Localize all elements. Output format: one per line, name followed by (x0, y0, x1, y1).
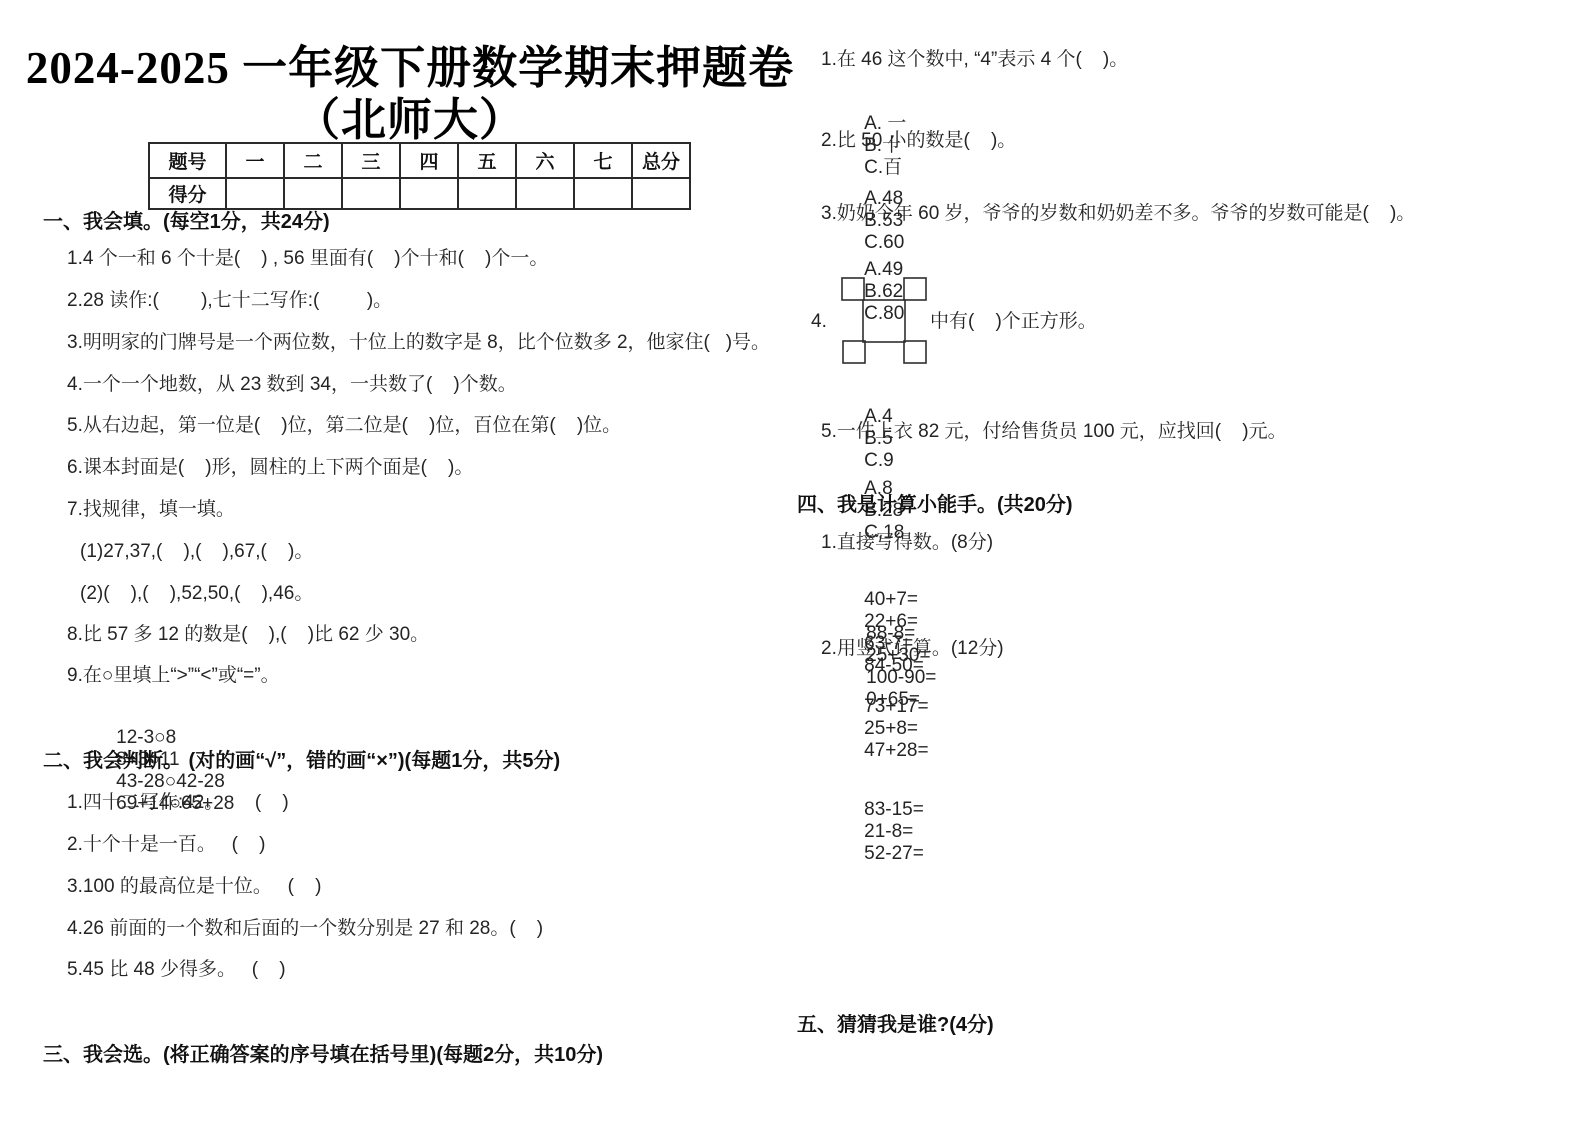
squares-figure (840, 276, 928, 371)
section3-q4-caption: 中有( )个正方形。 (930, 311, 1097, 333)
section2-q3: 3.100 的最高位是十位。 ( ) (67, 876, 321, 898)
score-header-cell: 四 (400, 143, 458, 178)
score-cell (458, 178, 516, 209)
score-table: 题号 一 二 三 四 五 六 七 总分 得分 (148, 142, 691, 210)
section2-q4: 4.26 前面的一个数和后面的一个数分别是 27 和 28。( ) (67, 918, 543, 940)
calc-item: 73+17= (864, 696, 1006, 718)
score-header-cell: 二 (284, 143, 342, 178)
score-cell (226, 178, 284, 209)
score-header-cell: 六 (516, 143, 574, 178)
calc-item: 52-27= (864, 843, 1006, 865)
score-header-cell: 三 (342, 143, 400, 178)
section1-q6: 6.课本封面是( )形，圆柱的上下两个面是( )。 (67, 457, 473, 479)
section4-heading: 四、我是计算小能手。(共20分) (797, 494, 1073, 516)
section2-q2: 2.十个十是一百。 ( ) (67, 834, 265, 856)
score-header-corner: 题号 (149, 143, 226, 178)
score-header-cell: 一 (226, 143, 284, 178)
score-table-score-row: 得分 (149, 178, 690, 209)
section4-vertical-row1: 73+17= 25+8= 47+28= (843, 674, 1006, 784)
section4-q2: 2.用竖式计算。(12分) (821, 638, 1004, 660)
calc-item: 47+28= (864, 740, 1006, 762)
section2-q5: 5.45 比 48 少得多。 ( ) (67, 959, 286, 981)
calc-item: 83-15= (864, 799, 1006, 821)
score-header-cell: 五 (458, 143, 516, 178)
big-square-with-four-corner-squares (840, 276, 928, 366)
score-cell (632, 178, 690, 209)
score-row-label: 得分 (149, 178, 226, 209)
score-cell (400, 178, 458, 209)
section1-q7-sub1: (1)27,37,( ),( ),67,( )。 (80, 541, 313, 563)
calc-item: 25+8= (864, 718, 1006, 740)
score-cell (516, 178, 574, 209)
page-title: 2024-2025 一年级下册数学期末押题卷 （北师大） (0, 42, 820, 146)
comparison-item: 43-28○42-28 (116, 771, 225, 793)
score-header-cell: 总分 (632, 143, 690, 178)
section3-q3: 3.奶奶今年 60 岁，爷爷的岁数和奶奶差不多。爷爷的岁数可能是( )。 (821, 203, 1415, 225)
section4-q1: 1.直接写得数。(8分) (821, 532, 993, 554)
page-title-line2: （北师大） (0, 94, 820, 146)
section3-q5: 5.一件上衣 82 元，付给售货员 100 元，应找回( )元。 (821, 421, 1287, 443)
section1-q7-sub2: (2)( ),( ),52,50,( ),46。 (80, 583, 313, 605)
score-header-cell: 七 (574, 143, 632, 178)
section3-heading: 三、我会选。(将正确答案的序号填在括号里)(每题2分，共10分) (43, 1044, 603, 1066)
section1-q9: 9.在○里填上“>”“<”或“=”。 (67, 665, 280, 687)
score-cell (284, 178, 342, 209)
section5-heading: 五、猜猜我是谁?(4分) (797, 1014, 994, 1036)
section2-heading: 二、我会判断。 (对的画“√”，错的画“×”)(每题1分，共5分) (43, 750, 560, 772)
score-table-header-row: 题号 一 二 三 四 五 六 七 总分 (149, 143, 690, 178)
section3-q4-number: 4. (811, 311, 827, 333)
calc-item: 21-8= (864, 821, 1006, 843)
score-cell (574, 178, 632, 209)
section1-q3: 3.明明家的门牌号是一个两位数，十位上的数字是 8，比个位数多 2，他家住( )… (67, 332, 770, 354)
comparison-item: 12-3○8 (116, 727, 176, 749)
score-cell (342, 178, 400, 209)
section1-q2: 2.28 读作:( ),七十二写作:( )。 (67, 290, 392, 312)
exam-page: 2024-2025 一年级下册数学期末押题卷 （北师大） 题号 一 二 三 四 … (0, 0, 1587, 1122)
page-title-line1: 2024-2025 一年级下册数学期末押题卷 (0, 42, 820, 94)
section1-q8: 8.比 57 多 12 的数是( ),( )比 62 少 30。 (67, 624, 429, 646)
section1-q4: 4.一个一个地数，从 23 数到 34，一共数了( )个数。 (67, 374, 517, 396)
section3-q2: 2.比 50 小的数是( )。 (821, 130, 1016, 152)
section4-vertical-row2: 83-15= 21-8= 52-27= (843, 777, 1006, 887)
section1-q5: 5.从右边起，第一位是( )位，第二位是( )位，百位在第( )位。 (67, 415, 621, 437)
section1-q1: 1.4 个一和 6 个十是( ) , 56 里面有( )个十和( )个一。 (67, 248, 548, 270)
section3-q1: 1.在 46 这个数中, “4”表示 4 个( )。 (821, 49, 1128, 71)
section2-q1: 1.四十二写作:42。 ( ) (67, 792, 289, 814)
section1-heading: 一、我会填。(每空1分，共24分) (43, 211, 330, 233)
section1-q7: 7.找规律，填一填。 (67, 499, 235, 521)
